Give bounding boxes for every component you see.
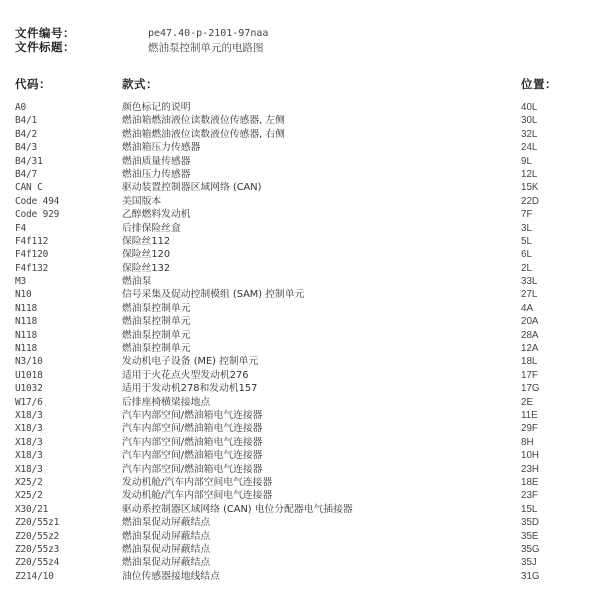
component-description: 汽车内部空间/燃油箱电气连接器 [122, 409, 262, 422]
table-row: X25/2发动机舱/汽车内部空间电气连接器23F [0, 489, 605, 502]
component-code: N10 [15, 288, 32, 301]
table-row: Code 494美国版本22D [0, 195, 605, 208]
component-code: B4/7 [15, 168, 37, 181]
component-description: 燃油泵控制单元 [122, 315, 191, 328]
component-position: 15L [521, 503, 537, 516]
component-description: 驱动系控制器区域网络 (CAN) 电位分配器电气插接器 [122, 503, 353, 516]
document-number-row: 文件编号： pe47.40-p-2101-97naa [15, 26, 268, 40]
component-position: 24L [521, 141, 537, 154]
component-position: 20A [521, 315, 538, 328]
component-description: 保险丝132 [122, 262, 170, 275]
component-code: X25/2 [15, 476, 43, 489]
component-code: F4f132 [15, 262, 48, 275]
table-row: N118燃油泵控制单元12A [0, 342, 605, 355]
component-description: 燃油泵控制单元 [122, 342, 191, 355]
table-row: B4/31燃油质量传感器9L [0, 155, 605, 168]
component-position: 31G [521, 570, 540, 583]
component-code: F4 [15, 222, 26, 235]
component-description: 发动机舱/汽车内部空间电气连接器 [122, 489, 272, 502]
component-position: 9L [521, 155, 532, 168]
table-row: B4/3燃油箱压力传感器24L [0, 141, 605, 154]
component-code: X18/3 [15, 422, 43, 435]
component-code: Z214/10 [15, 570, 54, 583]
component-code: CAN C [15, 181, 43, 194]
component-code: B4/2 [15, 128, 37, 141]
component-code: B4/1 [15, 114, 37, 127]
component-description: 燃油泵促动屏蔽结点 [122, 530, 210, 543]
component-description: 发动机舱/汽车内部空间电气连接器 [122, 476, 272, 489]
column-header-model: 款式： [122, 76, 158, 92]
component-code: M3 [15, 275, 26, 288]
component-position: 35J [521, 556, 537, 569]
component-code: U1032 [15, 382, 43, 395]
component-description: 后排座椅横梁接地点 [122, 396, 210, 409]
component-position: 2E [521, 396, 533, 409]
table-row: Z214/10油位传感器接地线结点31G [0, 570, 605, 583]
component-position: 23H [521, 463, 539, 476]
component-description: 汽车内部空间/燃油箱电气连接器 [122, 449, 262, 462]
table-row: F4f112保险丝1125L [0, 235, 605, 248]
table-row: N118燃油泵控制单元4A [0, 302, 605, 315]
component-table: A0颜色标记的说明40LB4/1燃油箱燃油液位读数液位传感器, 左侧30LB4/… [0, 101, 605, 583]
component-description: 汽车内部空间/燃油箱电气连接器 [122, 463, 262, 476]
component-code: Z20/55z1 [15, 516, 59, 529]
component-position: 8H [521, 436, 534, 449]
component-code: X18/3 [15, 409, 43, 422]
component-description: 燃油泵控制单元 [122, 329, 191, 342]
component-description: 燃油泵 [122, 275, 151, 288]
component-code: X18/3 [15, 449, 43, 462]
table-row: B4/1燃油箱燃油液位读数液位传感器, 左侧30L [0, 114, 605, 127]
component-description: 油位传感器接地线结点 [122, 570, 220, 583]
component-position: 17F [521, 369, 538, 382]
component-description: 燃油质量传感器 [122, 155, 191, 168]
component-code: X18/3 [15, 463, 43, 476]
document-title-value: 燃油泵控制单元的电路图 [148, 40, 264, 55]
component-position: 5L [521, 235, 532, 248]
component-description: 适用于发动机278和发动机157 [122, 382, 257, 395]
table-row: Code 929乙醇燃料发动机7F [0, 208, 605, 221]
table-row: W17/6后排座椅横梁接地点2E [0, 396, 605, 409]
table-row: B4/7燃油压力传感器12L [0, 168, 605, 181]
table-row: F4f120保险丝1206L [0, 248, 605, 261]
table-row: X18/3汽车内部空间/燃油箱电气连接器23H [0, 463, 605, 476]
component-description: 发动机电子设备 (ME) 控制单元 [122, 355, 258, 368]
component-position: 17G [521, 382, 540, 395]
component-code: N3/10 [15, 355, 43, 368]
table-row: X18/3汽车内部空间/燃油箱电气连接器8H [0, 436, 605, 449]
component-code: U1018 [15, 369, 43, 382]
component-position: 10H [521, 449, 539, 462]
table-row: N118燃油泵控制单元20A [0, 315, 605, 328]
component-description: 美国版本 [122, 195, 161, 208]
table-row: M3燃油泵33L [0, 275, 605, 288]
component-code: Z20/55z2 [15, 530, 59, 543]
table-row: X18/3汽车内部空间/燃油箱电气连接器10H [0, 449, 605, 462]
table-row: CAN C驱动装置控制器区域网络 (CAN)15K [0, 181, 605, 194]
component-description: 乙醇燃料发动机 [122, 208, 191, 221]
component-code: B4/3 [15, 141, 37, 154]
component-position: 4A [521, 302, 533, 315]
table-row: F4后排保险丝盒3L [0, 222, 605, 235]
component-position: 3L [521, 222, 532, 235]
component-position: 28A [521, 329, 538, 342]
component-code: F4f120 [15, 248, 48, 261]
component-position: 6L [521, 248, 532, 261]
component-description: 适用于火花点火型发动机276 [122, 369, 248, 382]
table-row: N3/10发动机电子设备 (ME) 控制单元18L [0, 355, 605, 368]
component-code: Code 494 [15, 195, 59, 208]
table-row: F4f132保险丝1322L [0, 262, 605, 275]
component-code: F4f112 [15, 235, 48, 248]
table-row: B4/2燃油箱燃油液位读数液位传感器, 右侧32L [0, 128, 605, 141]
component-description: 燃油泵控制单元 [122, 302, 191, 315]
component-position: 2L [521, 262, 532, 275]
component-code: B4/31 [15, 155, 43, 168]
component-position: 7F [521, 208, 532, 221]
component-description: 燃油泵促动屏蔽结点 [122, 543, 210, 556]
component-code: N118 [15, 329, 37, 342]
component-position: 18L [521, 355, 537, 368]
component-code: A0 [15, 101, 26, 114]
component-position: 18E [521, 476, 538, 489]
component-position: 12L [521, 168, 537, 181]
component-description: 燃油箱燃油液位读数液位传感器, 左侧 [122, 114, 285, 127]
table-row: U1018适用于火花点火型发动机27617F [0, 369, 605, 382]
document-title-row: 文件标题： 燃油泵控制单元的电路图 [15, 40, 264, 54]
table-row: X18/3汽车内部空间/燃油箱电气连接器29F [0, 422, 605, 435]
component-code: Z20/55z3 [15, 543, 59, 556]
component-code: X30/21 [15, 503, 48, 516]
component-code: X18/3 [15, 436, 43, 449]
component-code: N118 [15, 302, 37, 315]
component-position: 22D [521, 195, 539, 208]
component-position: 29F [521, 422, 538, 435]
component-position: 33L [521, 275, 537, 288]
component-description: 燃油箱燃油液位读数液位传感器, 右侧 [122, 128, 285, 141]
component-position: 35E [521, 530, 538, 543]
table-row: N118燃油泵控制单元28A [0, 329, 605, 342]
component-code: N118 [15, 342, 37, 355]
component-description: 后排保险丝盒 [122, 222, 181, 235]
component-code: N118 [15, 315, 37, 328]
component-description: 信号采集及促动控制模组 (SAM) 控制单元 [122, 288, 304, 301]
table-row: Z20/55z4燃油泵促动屏蔽结点35J [0, 556, 605, 569]
component-position: 40L [521, 101, 537, 114]
component-position: 27L [521, 288, 537, 301]
table-row: Z20/55z1燃油泵促动屏蔽结点35D [0, 516, 605, 529]
table-row: U1032适用于发动机278和发动机15717G [0, 382, 605, 395]
table-row: A0颜色标记的说明40L [0, 101, 605, 114]
component-position: 35D [521, 516, 539, 529]
component-code: Z20/55z4 [15, 556, 59, 569]
component-position: 23F [521, 489, 538, 502]
table-row: N10信号采集及促动控制模组 (SAM) 控制单元27L [0, 288, 605, 301]
component-position: 12A [521, 342, 538, 355]
table-row: Z20/55z3燃油泵促动屏蔽结点35G [0, 543, 605, 556]
component-description: 汽车内部空间/燃油箱电气连接器 [122, 422, 262, 435]
component-description: 燃油泵促动屏蔽结点 [122, 556, 210, 569]
component-position: 15K [521, 181, 538, 194]
component-description: 燃油箱压力传感器 [122, 141, 200, 154]
component-description: 汽车内部空间/燃油箱电气连接器 [122, 436, 262, 449]
component-code: X25/2 [15, 489, 43, 502]
column-header-code: 代码： [15, 76, 51, 92]
table-row: X30/21驱动系控制器区域网络 (CAN) 电位分配器电气插接器15L [0, 503, 605, 516]
component-position: 11E [521, 409, 538, 422]
component-description: 保险丝120 [122, 248, 170, 261]
document-title-label: 文件标题： [15, 39, 148, 55]
component-description: 燃油泵促动屏蔽结点 [122, 516, 210, 529]
component-code: W17/6 [15, 396, 43, 409]
component-position: 30L [521, 114, 537, 127]
document-number-value: pe47.40-p-2101-97naa [148, 28, 268, 39]
component-description: 保险丝112 [122, 235, 170, 248]
component-description: 驱动装置控制器区域网络 (CAN) [122, 181, 261, 194]
table-row: X18/3汽车内部空间/燃油箱电气连接器11E [0, 409, 605, 422]
component-position: 32L [521, 128, 537, 141]
table-row: X25/2发动机舱/汽车内部空间电气连接器18E [0, 476, 605, 489]
component-description: 颜色标记的说明 [122, 101, 191, 114]
component-position: 35G [521, 543, 540, 556]
component-code: Code 929 [15, 208, 59, 221]
column-header-position: 位置： [521, 76, 557, 92]
component-description: 燃油压力传感器 [122, 168, 191, 181]
table-row: Z20/55z2燃油泵促动屏蔽结点35E [0, 530, 605, 543]
